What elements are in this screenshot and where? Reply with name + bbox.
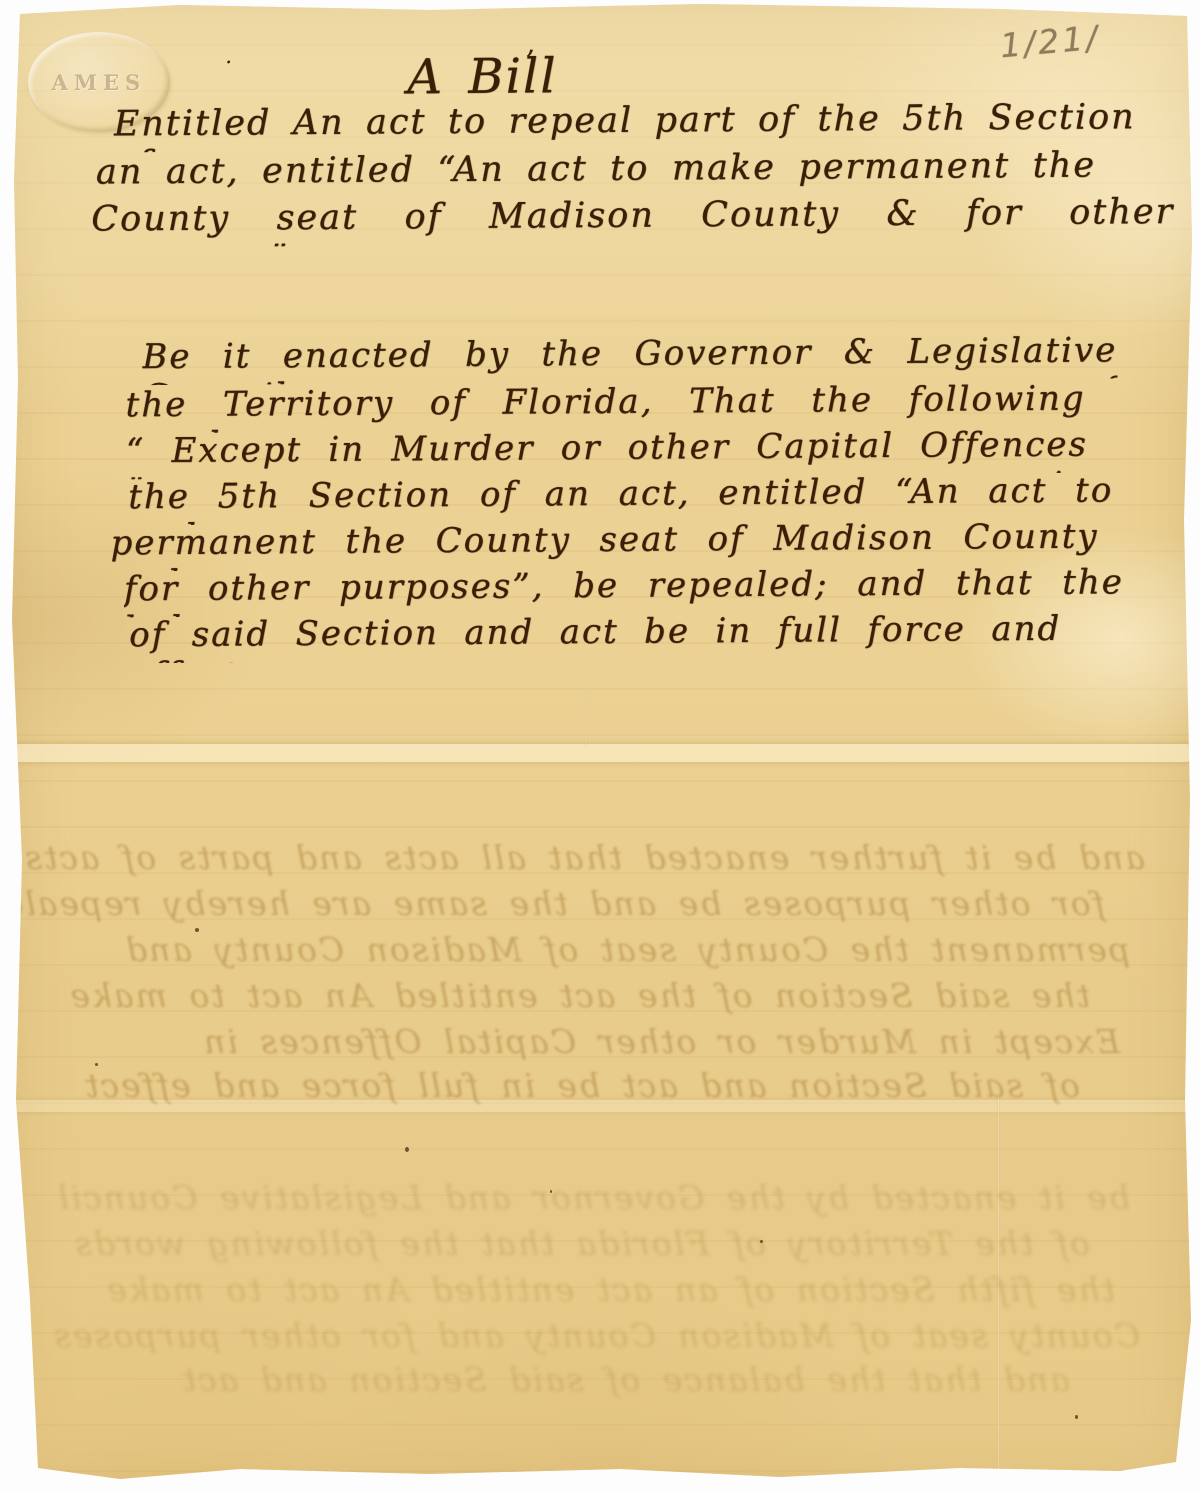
paper-speck [550,1190,552,1193]
body-line: of said Section and act be in full force… [129,609,1061,664]
paper-speck [195,928,199,932]
body-line: Be it enacted by the Governor & Legislat… [142,330,1117,385]
title-line: an act, entitled “An act to make permane… [96,146,1096,201]
paper-speck [95,1063,98,1066]
title-line: A Bill [407,48,558,105]
handwriting-layer: A Bill Entitled An act to repeal part of… [0,0,1200,1494]
title-line: Entitled An act to repeal part of the 5t… [114,97,1136,152]
ink-stray-mark: ’ [525,44,535,79]
title-line: County seat of Madison County & for othe… [91,192,1174,248]
paper-speck [1075,1415,1078,1419]
paper-speck [405,1147,409,1152]
paper-sheet: AMES 1/21/ and be it further enacted tha… [0,0,1200,1494]
ink-stray-mark: · [225,51,232,76]
scanned-document-page: { "page": { "pencil_annotation": "1/21/"… [0,0,1200,1494]
paper-speck [760,1240,763,1243]
